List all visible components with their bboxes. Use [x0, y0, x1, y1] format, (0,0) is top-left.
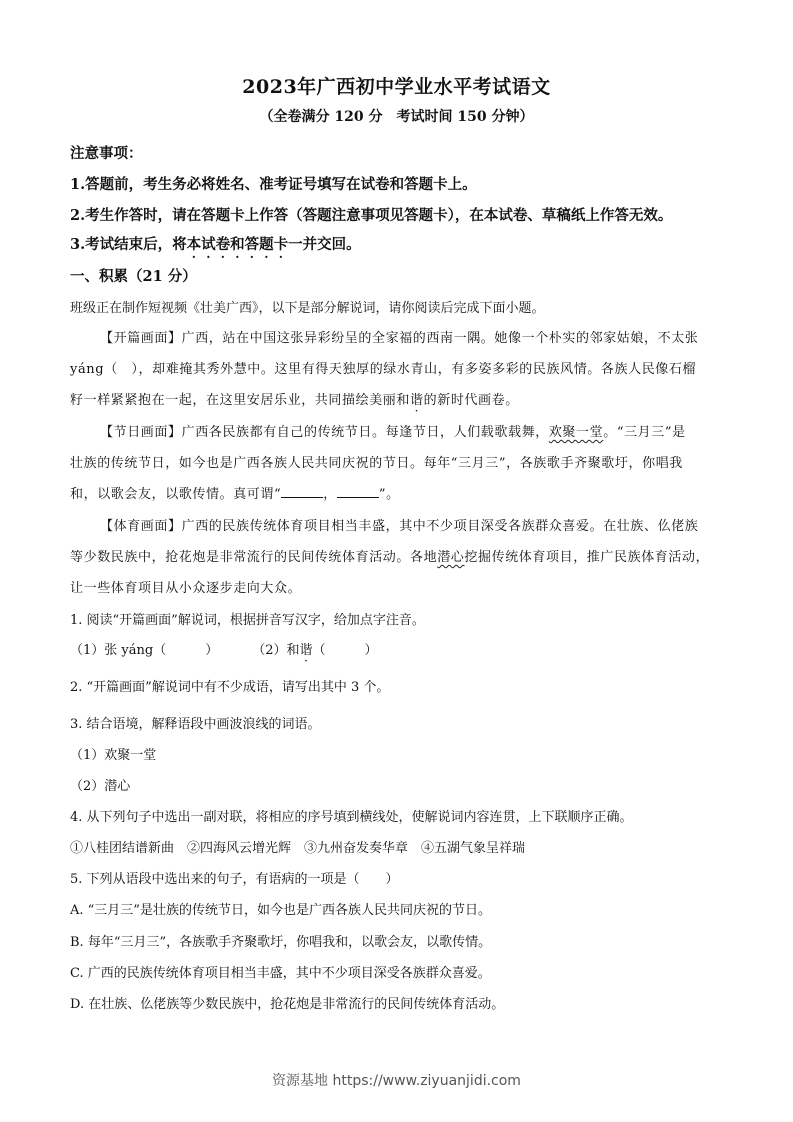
- para1-line1: 【开篇画面】广西，站在中国这张异彩纷呈的全家福的西南一隅。她像一个朴实的邻家姑娘…: [100, 327, 698, 346]
- para1-line2: yáng（ ），却难掩其秀外慧中。这里有得天独厚的绿水青山，有多姿多彩的民族风情…: [70, 358, 696, 377]
- para2-line1: 【节日画面】广西各民族都有自己的传统节日。每逢节日，人们载歌载舞，欢聚一堂。“三…: [100, 421, 686, 440]
- dotted-char: 答: [245, 233, 260, 254]
- question-3-sub1: （1）欢聚一堂: [70, 744, 156, 763]
- question-5: 5. 下列从语段中选出来的句子，有语病的一项是（ ）: [70, 868, 399, 887]
- question-1-sub2: （2）和谐（ ）: [252, 643, 377, 658]
- question-3: 3. 结合语境，解释语段中画波浪线的词语。: [70, 713, 321, 732]
- question-1: 1. 阅读“开篇画面”解说词，根据拼音写汉字，给加点字注音。: [70, 609, 425, 628]
- dotted-char: 卷: [216, 233, 231, 254]
- dotted-char: 卡: [274, 233, 289, 254]
- page-subtitle: （全卷满分 120 分 考试时间 150 分钟）: [0, 106, 793, 126]
- para2-line3: 和，以歌会友，以歌传情。真可谓“，”。: [70, 483, 400, 502]
- exam-page: 2023年广西初中学业水平考试语文 （全卷满分 120 分 考试时间 150 分…: [0, 0, 793, 1122]
- notice-item-1: 1.答题前，考生务必将姓名、准考证号填写在试卷和答题卡上。: [70, 173, 477, 194]
- notice-item-2: 2.考生作答时，请在答题卡上作答（答题注意事项见答题卡），在本试卷、草稿纸上作答…: [70, 204, 672, 225]
- question-5-option-a: A. “三月三”是壮族的传统节日，如今也是广西各族人民共同庆祝的节日。: [70, 899, 491, 918]
- question-5-option-c: C. 广西的民族传统体育项目相当丰盛，其中不少项目深受各族群众喜爱。: [70, 962, 491, 981]
- answer-blank[interactable]: [337, 485, 379, 498]
- wavy-underlined-word: 潜心: [437, 550, 464, 565]
- section-intro: 班级正在制作短视频《壮美广西》，以下是部分解说词，请你阅读后完成下面小题。: [70, 297, 545, 316]
- notice-heading: 注意事项：: [70, 142, 143, 163]
- dotted-char: 题: [259, 233, 274, 254]
- dotted-char: 本: [187, 233, 202, 254]
- para3-line1: 【体育画面】广西的民族传统体育项目相当丰盛，其中不少项目深受各族群众喜爱。在壮族…: [100, 515, 698, 534]
- watermark-footer: 资源基地 https://www.ziyuanjidi.com: [0, 1070, 793, 1090]
- wavy-underlined-word: 欢聚一堂: [549, 425, 603, 440]
- para2-line2: 壮族的传统节日，如今也是广西各族人民共同庆祝的节日。每年“三月三”，各族歌手齐聚…: [70, 452, 683, 471]
- question-2: 2. “开篇画面”解说词中有不少成语，请写出其中 3 个。: [70, 676, 389, 695]
- dotted-char: 谐: [410, 389, 424, 408]
- para1-line3: 籽一样紧紧抱在一起，在这里安居乐业，共同描绘美丽和谐的新时代画卷。: [70, 389, 519, 408]
- question-4: 4. 从下列句子中选出一副对联，将相应的序号填到横线处，使解说词内容连贯，上下联…: [70, 806, 633, 825]
- dotted-char: 试: [201, 233, 216, 254]
- para3-line2: 等少数民族中，抢花炮是非常流行的民间传统体育活动。各地潜心挖掘传统体育项目，推广…: [70, 546, 709, 565]
- page-title: 2023年广西初中学业水平考试语文: [0, 72, 793, 99]
- question-4-options: ①八桂团结谱新曲 ②四海风云增光辉 ③九州奋发奏华章 ④五湖气象呈祥瑞: [70, 837, 525, 856]
- para3-line3: 让一些体育项目从小众逐步走向大众。: [70, 577, 301, 596]
- dotted-char: 和: [230, 233, 245, 254]
- question-1-subparts: （1）张 yáng（ ）（2）和谐（ ）: [70, 639, 378, 658]
- section-heading: 一、积累（21 分）: [70, 265, 197, 286]
- dotted-char: 谐: [299, 639, 312, 658]
- answer-blank[interactable]: [281, 485, 323, 498]
- notice-item-3: 3.考试结束后，将本试卷和答题卡一并交回。: [70, 233, 361, 254]
- question-1-sub1: （1）张 yáng（ ）: [70, 643, 218, 658]
- question-5-option-d: D. 在壮族、仫佬族等少数民族中，抢花炮是非常流行的民间传统体育活动。: [70, 993, 504, 1012]
- question-5-option-b: B. 每年“三月三”，各族歌手齐聚歌圩，你唱我和，以歌会友，以歌传情。: [70, 931, 491, 950]
- question-3-sub2: （2）潜心: [70, 775, 130, 794]
